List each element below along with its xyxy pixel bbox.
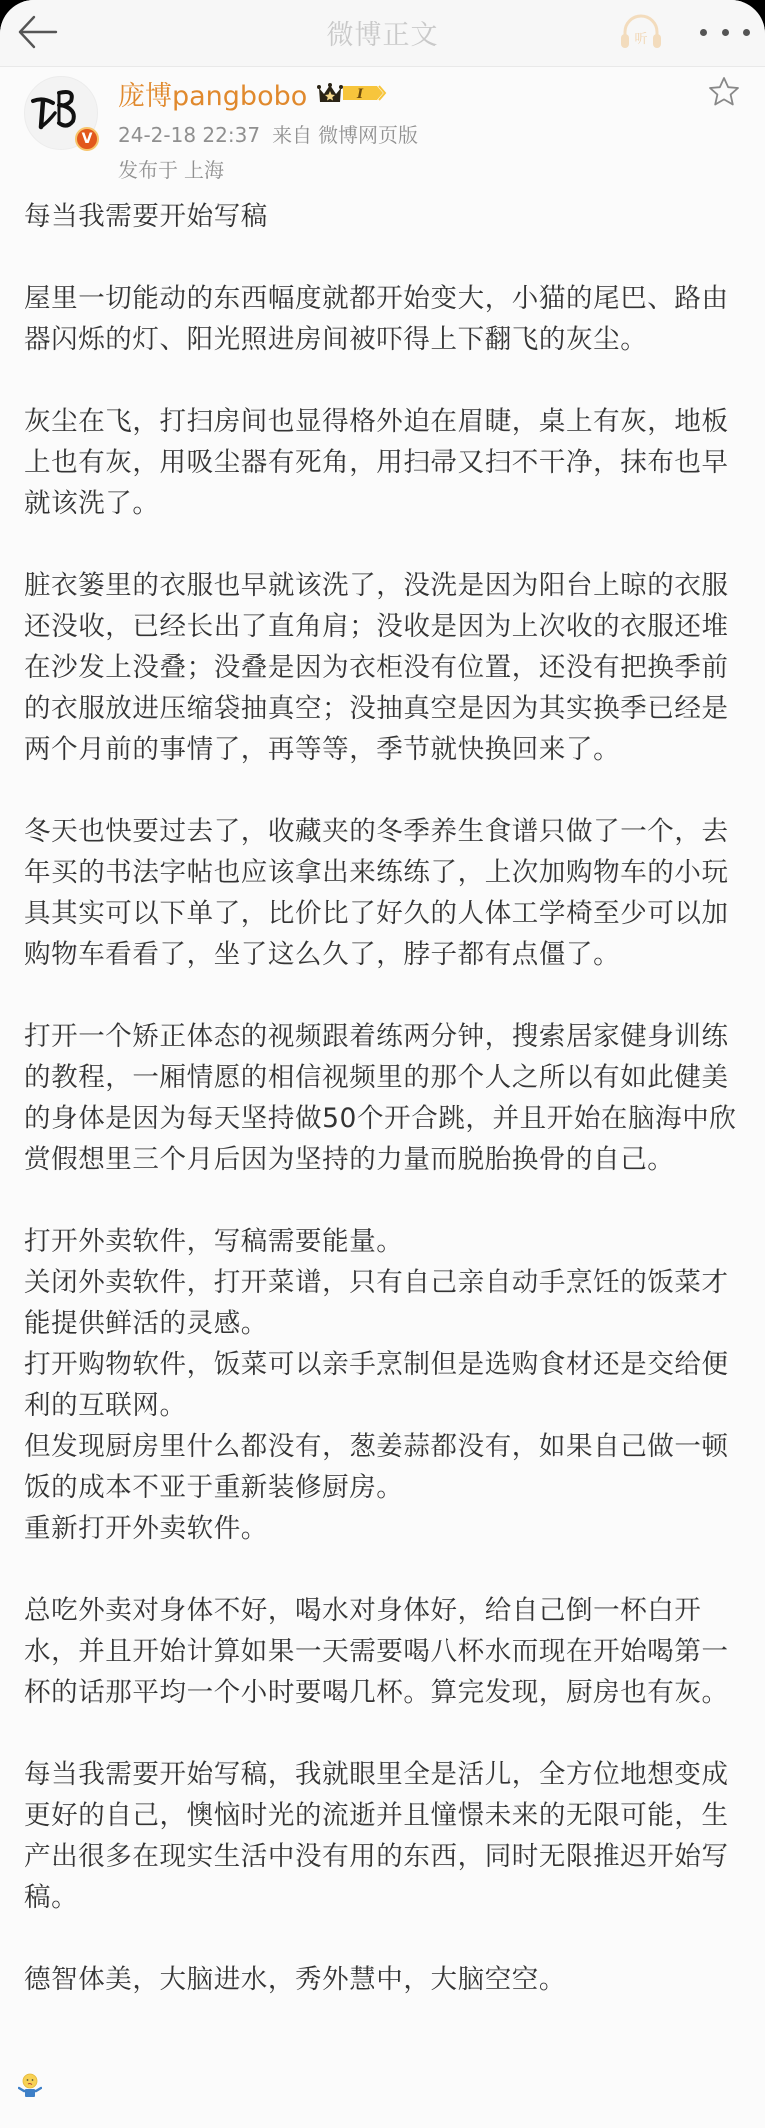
star-outline-icon [707, 75, 741, 109]
author-name-row: 庞博pangbobo I [118, 75, 387, 111]
svg-text:听: 听 [634, 32, 647, 47]
verified-badge-icon: V [75, 127, 99, 151]
author-name[interactable]: 庞博pangbobo [118, 74, 307, 113]
post-paragraph: 脏衣篓里的衣服也早就该洗了，没洗是因为阳台上晾的衣服还没收，已经长出了直角肩；没… [24, 565, 754, 770]
favorite-button[interactable] [707, 75, 741, 109]
source-prefix: 来自 [272, 123, 312, 147]
member-level-badge[interactable]: I [343, 83, 387, 103]
post-paragraph: 打开一个矫正体态的视频跟着练两分钟，搜索居家健身训练的教程，一厢情愿的相信视频里… [24, 1016, 754, 1180]
post-paragraph: 总吃外卖对身体不好，喝水对身体好，给自己倒一杯白开水，并且开始计算如果一天需要喝… [24, 1590, 754, 1713]
post-timestamp: 24-2-18 22:37 [118, 123, 260, 147]
post-body: 每当我需要开始写稿 屋里一切能动的东西幅度就都开始变大，小猫的尾巴、路由器闪烁的… [24, 196, 754, 2041]
top-navbar: 微博正文 听 [0, 0, 765, 67]
post-paragraph: 每当我需要开始写稿，我就眼里全是活儿，全方位地想变成更好的自己，懊恼时光的流逝并… [24, 1754, 754, 1918]
listen-button[interactable]: 听 [618, 12, 664, 52]
more-options-button[interactable] [700, 22, 750, 42]
post-paragraph: 但发现厨房里什么都没有，葱姜蒜都没有，如果自己做一顿饭的成本不亚于重新装修厨房。 [24, 1426, 754, 1508]
headphones-listen-icon: 听 [618, 12, 664, 52]
location-prefix: 发布于 [118, 158, 178, 182]
more-dot-icon [743, 29, 750, 36]
post-paragraph: 打开外卖软件，写稿需要能量。 [24, 1221, 754, 1262]
avatar[interactable]: V [24, 76, 98, 150]
svg-text:I: I [356, 87, 364, 102]
more-dot-icon [722, 29, 729, 36]
post-paragraph: 关闭外卖软件，打开菜谱，只有自己亲自动手烹饪的饭菜才能提供鲜活的灵感。 [24, 1262, 754, 1344]
shrug-emoji-icon [18, 2073, 42, 2099]
more-dot-icon [700, 29, 707, 36]
post-location: 发布于上海 [118, 154, 224, 183]
post-meta: 24-2-18 22:37来自微博网页版 [118, 119, 418, 148]
post-paragraph: 灰尘在飞，打扫房间也显得格外迫在眉睫，桌上有灰，地板上也有灰，用吸尘器有死角，用… [24, 401, 754, 524]
source-name[interactable]: 微博网页版 [318, 123, 418, 147]
location-name: 上海 [184, 158, 224, 182]
post-paragraph: 每当我需要开始写稿 [24, 196, 754, 237]
crown-icon [317, 82, 343, 104]
weibo-post-screen: 微博正文 听 V [0, 0, 765, 2128]
post-paragraph: 冬天也快要过去了，收藏夹的冬季养生食谱只做了一个，去年买的书法字帖也应该拿出来练… [24, 811, 754, 975]
post-paragraph: 重新打开外卖软件。 [24, 1508, 754, 1549]
post-paragraph: 屋里一切能动的东西幅度就都开始变大，小猫的尾巴、路由器闪烁的灯、阳光照进房间被吓… [24, 278, 754, 360]
author-header: V 庞博pangbobo I [0, 67, 765, 187]
post-paragraph: 德智体美，大脑进水，秀外慧中，大脑空空。 [24, 1959, 754, 2000]
post-paragraph: 打开购物软件，饭菜可以亲手烹制但是选购食材还是交给便利的互联网。 [24, 1344, 754, 1426]
level-chevron-icon: I [343, 83, 387, 103]
